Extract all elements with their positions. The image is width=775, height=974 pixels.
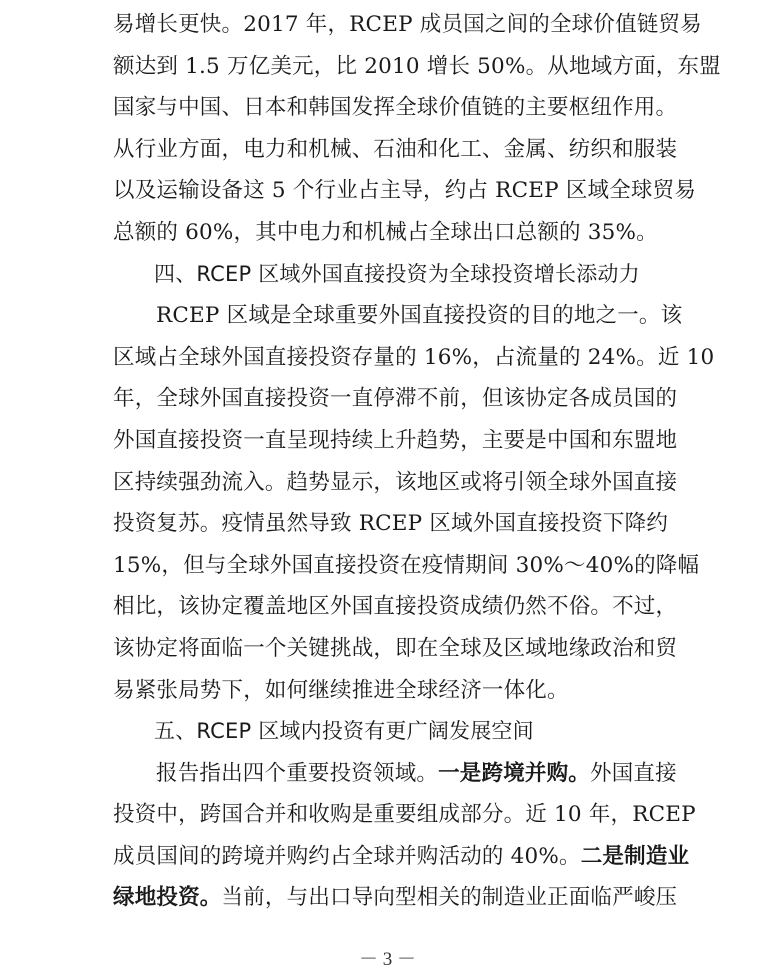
text-line: 该协定将面临一个关键挑战，即在全球及区域地缘政治和贸 bbox=[113, 628, 665, 670]
text-line: 国家与中国、日本和韩国发挥全球价值链的主要枢纽作用。 bbox=[113, 87, 665, 129]
text-run: 当前，与出口导向型相关的制造业正面临严峻压 bbox=[222, 885, 678, 910]
text-line: 区持续强劲流入。趋势显示，该地区或将引领全球外国直接 bbox=[113, 462, 665, 504]
text-line: 易紧张局势下，如何继续推进全球经济一体化。 bbox=[113, 670, 665, 712]
text-line: 投资中，跨国合并和收购是重要组成部分。近 10 年，RCEP bbox=[113, 794, 665, 836]
paragraph-trade-continuation: 易增长更快。2017 年，RCEP 成员国之间的全球价值链贸易 额达到 1.5 … bbox=[113, 4, 665, 254]
paragraph-investment-areas: 报告指出四个重要投资领域。一是跨境并购。外国直接 投资中，跨国合并和收购是重要组… bbox=[113, 753, 665, 919]
section-heading-4: 四、RCEP 区域外国直接投资为全球投资增长添动力 bbox=[113, 254, 665, 296]
paragraph-fdi: RCEP 区域是全球重要外国直接投资的目的地之一。该 区域占全球外国直接投资存量… bbox=[113, 295, 665, 711]
text-run: 外国直接 bbox=[590, 761, 677, 786]
text-line: 投资复苏。疫情虽然导致 RCEP 区域外国直接投资下降约 bbox=[113, 503, 665, 545]
bold-text-run: 一是跨境并购。 bbox=[438, 761, 590, 786]
text-run: 成员国间的跨境并购约占全球并购活动的 40%。 bbox=[113, 844, 581, 869]
section-heading-5: 五、RCEP 区域内投资有更广阔发展空间 bbox=[113, 711, 665, 753]
text-line: 15%，但与全球外国直接投资在疫情期间 30%～40%的降幅 bbox=[113, 545, 665, 587]
text-line: 年，全球外国直接投资一直停滞不前，但该协定各成员国的 bbox=[113, 378, 665, 420]
text-line: 易增长更快。2017 年，RCEP 成员国之间的全球价值链贸易 bbox=[113, 4, 665, 46]
text-line: 报告指出四个重要投资领域。一是跨境并购。外国直接 bbox=[113, 753, 665, 795]
document-page: 易增长更快。2017 年，RCEP 成员国之间的全球价值链贸易 额达到 1.5 … bbox=[113, 4, 665, 919]
text-line: 区域占全球外国直接投资存量的 16%，占流量的 24%。近 10 bbox=[113, 337, 665, 379]
text-line: 相比，该协定覆盖地区外国直接投资成绩仍然不俗。不过， bbox=[113, 586, 665, 628]
text-line: 绿地投资。当前，与出口导向型相关的制造业正面临严峻压 bbox=[113, 877, 665, 919]
text-line: 从行业方面，电力和机械、石油和化工、金属、纺织和服装 bbox=[113, 129, 665, 171]
text-line: 额达到 1.5 万亿美元，比 2010 增长 50%。从地域方面，东盟 bbox=[113, 46, 665, 88]
page-number: － 3 － bbox=[0, 944, 775, 971]
text-line: 以及运输设备这 5 个行业占主导，约占 RCEP 区域全球贸易 bbox=[113, 170, 665, 212]
text-line: RCEP 区域是全球重要外国直接投资的目的地之一。该 bbox=[113, 295, 665, 337]
text-line: 外国直接投资一直呈现持续上升趋势，主要是中国和东盟地 bbox=[113, 420, 665, 462]
text-line: 总额的 60%，其中电力和机械占全球出口总额的 35%。 bbox=[113, 212, 665, 254]
text-line: 成员国间的跨境并购约占全球并购活动的 40%。二是制造业 bbox=[113, 836, 665, 878]
bold-text-run: 二是制造业 bbox=[581, 844, 690, 869]
text-run: 报告指出四个重要投资领域。 bbox=[156, 761, 438, 786]
bold-text-run: 绿地投资。 bbox=[113, 885, 222, 910]
